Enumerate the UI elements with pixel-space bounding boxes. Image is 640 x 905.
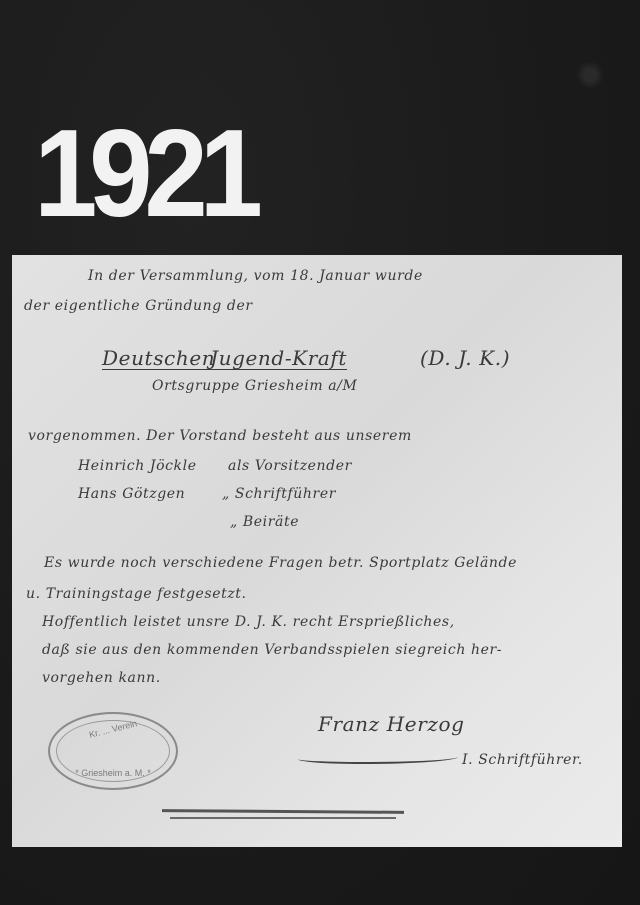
board-member-name: Heinrich Jöckle <box>78 458 197 474</box>
board-member-role: „ Schriftführer <box>222 486 336 502</box>
paragraph-line-1: Es wurde noch verschiedene Fragen betr. … <box>44 555 517 571</box>
paragraph-line-4: daß sie aus den kommenden Verbandsspiele… <box>42 642 502 658</box>
club-subtitle: Ortsgruppe Griesheim a/M <box>152 378 357 394</box>
board-member-role: „ Beiräte <box>230 514 299 530</box>
signature-title: I. Schriftführer. <box>462 752 583 768</box>
club-abbreviation: (D. J. K.) <box>420 346 510 370</box>
text-line-2: der eigentliche Gründung der <box>24 298 253 314</box>
paragraph-line-5: vorgehen kann. <box>42 670 161 686</box>
club-stamp: Kr. ... Verein * Griesheim a. M. * <box>48 712 178 790</box>
signature: Franz Herzog <box>318 712 465 736</box>
paragraph-line-3: Hoffentlich leistet unsre D. J. K. recht… <box>42 614 455 630</box>
text-line-1: In der Versammlung, vom 18. Januar wurde <box>88 268 423 284</box>
board-intro: vorgenommen. Der Vorstand besteht aus un… <box>28 428 412 444</box>
stamp-bottom-text: * Griesheim a. M. * <box>50 768 176 778</box>
closing-rule <box>170 817 396 819</box>
board-member-role: als Vorsitzender <box>228 458 352 474</box>
paragraph-line-2: u. Trainingstage festgesetzt. <box>26 586 247 602</box>
club-name-part2: Jugend-Kraft <box>210 346 347 370</box>
year-heading: 1921 <box>34 112 255 236</box>
board-member-name: Hans Götzgen <box>78 486 185 502</box>
club-name-part1: Deutschen <box>102 346 215 370</box>
